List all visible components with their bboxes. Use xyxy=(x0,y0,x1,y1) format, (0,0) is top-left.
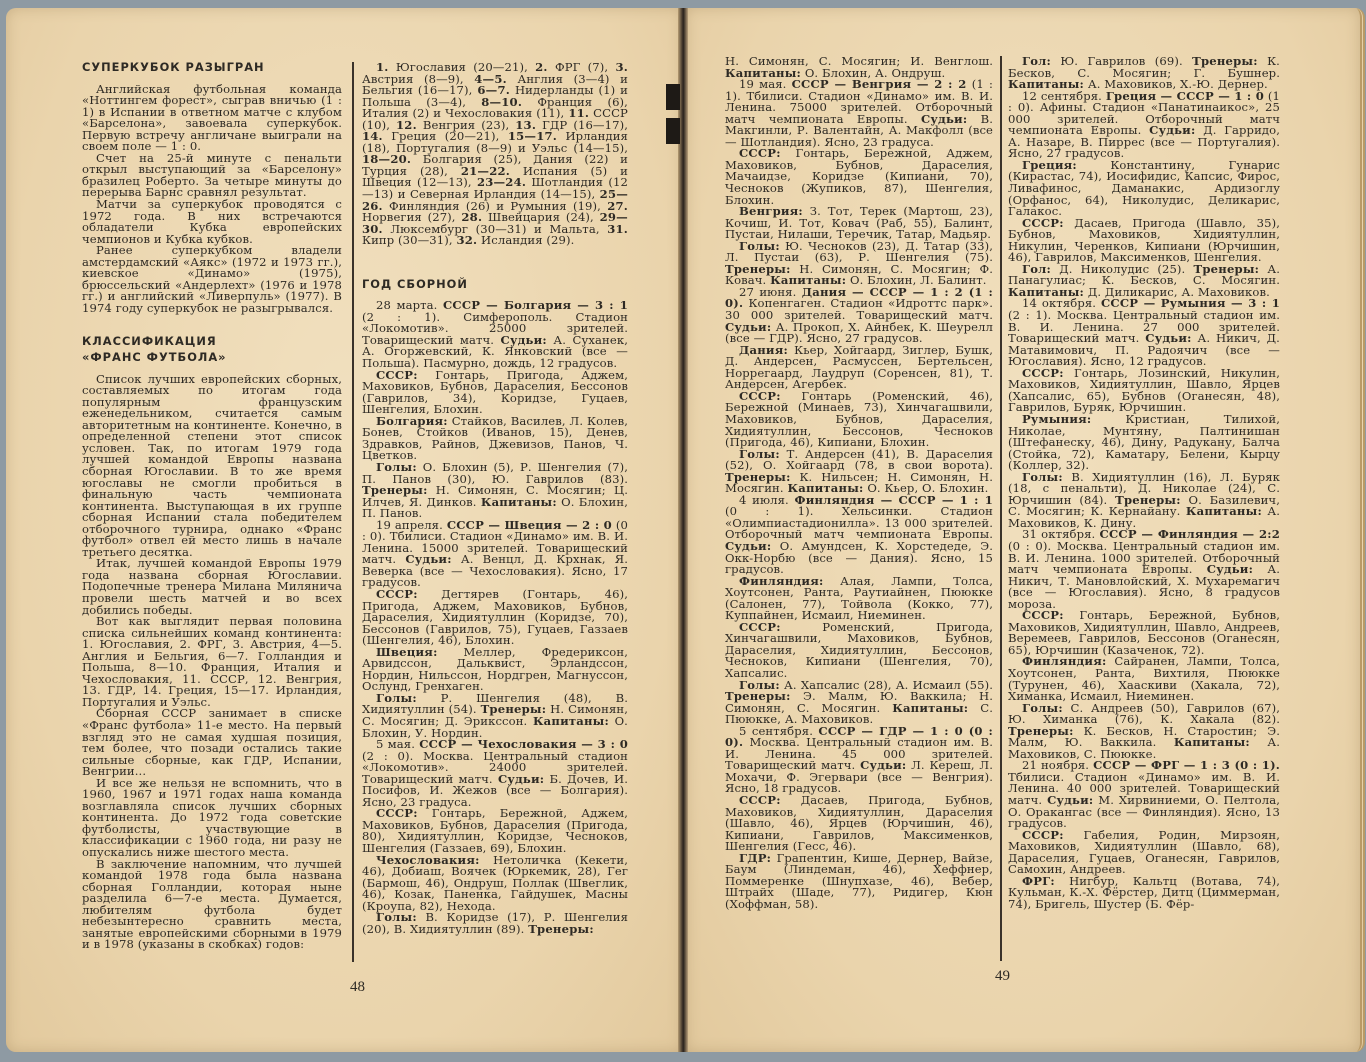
lineup: СССР: Гонтарь, Бережной, Аджем, Маховико… xyxy=(725,148,993,206)
lineup: СССР: Гонтарь, Бережной, Бубнов, Маховик… xyxy=(1008,610,1280,656)
match-summary: Голы: В. Хидиятуллин (16), Л. Буряк (18,… xyxy=(1008,472,1280,530)
lineup: СССР: Дегтярев (Гонтарь, 46), Пригода, А… xyxy=(362,589,628,647)
lineup: СССР: Гонтарь, Бережной, Аджем, Маховико… xyxy=(362,808,628,854)
match-header: 5 мая. СССР — Чехословакия — 3 : 0 (2 : … xyxy=(362,739,628,808)
lineup: Греция: Константину, Гунарис (Кирастас, … xyxy=(1008,160,1280,218)
match-header: 21 ноября. СССР — ФРГ — 1 : 3 (0 : 1). Т… xyxy=(1008,760,1280,829)
lineup: СССР: Дасаев, Пригода (Шавло, 35), Бубно… xyxy=(1008,218,1280,264)
column-divider xyxy=(352,62,354,962)
match-summary: Голы: Т. Андерсен (41), В. Дараселия (52… xyxy=(725,449,993,495)
section-title-supercup: СУПЕРКУБОК РАЗЫГРАН xyxy=(82,62,342,74)
paragraph: Ранее суперкубком владели амстердамский … xyxy=(82,245,342,314)
ranking-list: 1. Югославия (20—21), 2. ФРГ (7), 3. Авс… xyxy=(362,62,628,247)
match-header: 19 мая. СССР — Венгрия — 2 : 2 (1 : 1). … xyxy=(725,79,993,148)
page-number-right: 49 xyxy=(995,968,1010,985)
lineup: СССР: Гонтарь (Роменский, 46), Бережной … xyxy=(725,391,993,449)
paragraph: Сборная СССР занимает в списке «Франс фу… xyxy=(82,708,342,777)
lineup: СССР: Гонтарь, Лозинский, Никулин, Махов… xyxy=(1008,368,1280,414)
match-header: 5 сентября. СССР — ГДР — 1 : 0 (0 : 0). … xyxy=(725,726,993,795)
paragraph: Список лучших европейских сборных, соста… xyxy=(82,374,342,559)
match-summary: Голы: Ю. Чесноков (23), Д. Татар (33), Л… xyxy=(725,241,993,287)
page-number-left: 48 xyxy=(350,979,365,996)
match-summary: Гол: Д. Николудис (25). Тренеры: А. Пана… xyxy=(1008,264,1280,299)
match-header: 14 октября. СССР — Румыния — 3 : 1 (2 : … xyxy=(1008,298,1280,367)
book-spine xyxy=(678,8,688,1052)
match-summary: Голы: А. Хапсалис (28), А. Исмаил (55). … xyxy=(725,680,993,726)
right-column-1: Н. Симонян, С. Мосягин; И. Венглош. Капи… xyxy=(725,56,993,910)
match-summary: Голы: С. Андреев (50), Гаврилов (67), Ю.… xyxy=(1008,703,1280,761)
match-header: 27 июня. Дания — СССР — 1 : 2 (1 : 0). К… xyxy=(725,287,993,345)
paragraph: Английская футбольная команда «Ноттингем… xyxy=(82,84,342,153)
thumb-index-mark xyxy=(666,84,680,110)
paragraph: Вот как выглядит первая половина списка … xyxy=(82,616,342,708)
lineup: Швеция: Меллер, Фредериксон, Арвидссон, … xyxy=(362,647,628,693)
match-header: 12 сентября. Греция — СССР — 1 : 0 (1 : … xyxy=(1008,91,1280,160)
match-header: 4 июля. Финляндия — СССР — 1 : 1 (0 : 1)… xyxy=(725,495,993,576)
section-title-year-of-national-team: ГОД СБОРНОЙ xyxy=(362,279,628,291)
section-title-france-football: «ФРАНС ФУТБОЛА» xyxy=(82,352,342,364)
lineup: ФРГ: Нигбур, Кальтц (Вотава, 74), Кульма… xyxy=(1008,876,1280,911)
paragraph: В заключение напомним, что лучшей команд… xyxy=(82,859,342,951)
lineup: СССР: Гонтарь, Пригода, Аджем, Маховиков… xyxy=(362,370,628,416)
ranking-entry: 32. Исландия (29). xyxy=(456,233,574,247)
match-summary: Голы: Р. Шенгелия (48), В. Хидиятуллин (… xyxy=(362,693,628,739)
match-summary-continued: Н. Симонян, С. Мосягин; И. Венглош. Капи… xyxy=(725,56,993,79)
lineup: Финляндия: Алая, Лампи, Толса, Хоутсонен… xyxy=(725,576,993,622)
paragraph: Итак, лучшей командой Европы 1979 года н… xyxy=(82,558,342,616)
lineup: Румыния: Кристиан, Тилихой, Николае, Мун… xyxy=(1008,414,1280,472)
lineup: СССР: Габелия, Родин, Мирзоян, Маховиков… xyxy=(1008,830,1280,876)
lineup: ГДР: Грапентин, Кише, Дернер, Вайзе, Бау… xyxy=(725,853,993,911)
right-column-2: Гол: Ю. Гаврилов (69). Тренеры: К. Беско… xyxy=(1008,56,1280,910)
section-title-classification: КЛАССИФИКАЦИЯ xyxy=(82,336,342,348)
lineup: Венгрия: З. Тот, Терек (Мартош, 23), Коч… xyxy=(725,206,993,241)
lineup: СССР: Дасаев, Пригода, Бубнов, Маховиков… xyxy=(725,795,993,853)
lineup: Финляндия: Сайранен, Лампи, Толса, Хоутс… xyxy=(1008,656,1280,702)
paragraph: Счет на 25-й минуте с пенальти открыл вы… xyxy=(82,153,342,199)
left-column-1: СУПЕРКУБОК РАЗЫГРАН Английская футбольна… xyxy=(82,62,342,951)
match-header: 28 марта. СССР — Болгария — 3 : 1 (2 : 1… xyxy=(362,300,628,369)
match-summary-continued: Гол: Ю. Гаврилов (69). Тренеры: К. Беско… xyxy=(1008,56,1280,91)
match-header: 19 апреля. СССР — Швеция — 2 : 0 (0 : 0)… xyxy=(362,520,628,589)
match-summary: Голы: О. Блохин (5), Р. Шенгелия (7), П.… xyxy=(362,462,628,520)
left-column-2: 1. Югославия (20—21), 2. ФРГ (7), 3. Авс… xyxy=(362,62,628,935)
match-header: 31 октября. СССР — Финляндия — 2:2 (0 : … xyxy=(1008,529,1280,610)
thumb-index-mark xyxy=(666,118,680,144)
lineup: Чехословакия: Нетоличка (Кекети, 46), До… xyxy=(362,855,628,913)
paragraph: И все же нельзя не вспомнить, что в 1960… xyxy=(82,778,342,859)
match-summary: Голы: В. Коридзе (17), Р. Шенгелия (20),… xyxy=(362,912,628,935)
lineup: Дания: Кьер, Хойгаард, Зиглер, Бушк, Д. … xyxy=(725,345,993,391)
lineup: Болгария: Стайков, Василев, Л. Колев, Бо… xyxy=(362,416,628,462)
column-divider xyxy=(1000,56,1002,961)
paragraph: Матчи за суперкубок проводятся с 1972 го… xyxy=(82,199,342,245)
lineup: СССР: Роменский, Пригода, Хинчагашвили, … xyxy=(725,622,993,680)
